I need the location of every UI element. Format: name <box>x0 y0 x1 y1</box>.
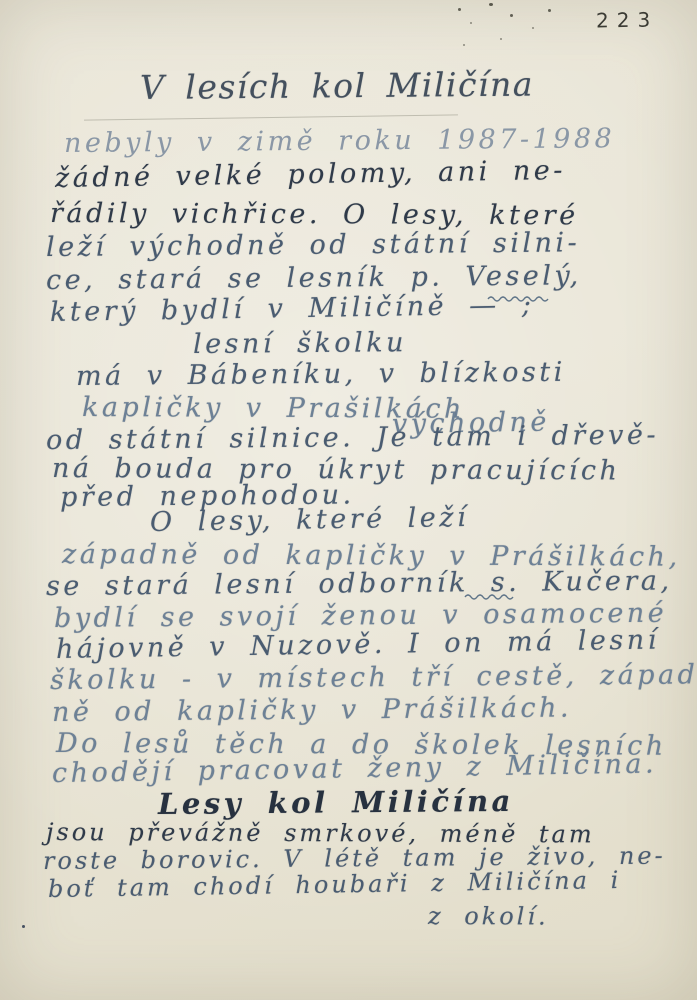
page-number: 223 <box>596 7 659 32</box>
section-heading-o-lesy: O lesy, které leží <box>150 502 470 538</box>
wavy-underline-vesely <box>487 294 551 303</box>
handwritten-line: žádné velké polomy, ani ne- <box>55 155 566 194</box>
handwritten-line: nebyly v zimě roku 1987-1988 <box>64 123 616 159</box>
ink-speck <box>548 9 551 12</box>
handwritten-line: má v Bábeníku, v blízkosti <box>76 357 566 392</box>
handwritten-line: který bydlí v Miličíně — ; <box>50 289 535 328</box>
handwritten-line-closing: z okolí. <box>428 902 549 931</box>
handwritten-line: se stará lesní odborník s. Kučera, <box>46 566 673 602</box>
ink-speck <box>489 3 493 6</box>
wavy-underline-kucera <box>464 592 518 601</box>
section-heading-lesy-kol-milicina: Lesy kol Miličína <box>158 784 514 821</box>
handwritten-line: od státní silnice. Je tam i dřevě- <box>46 420 659 456</box>
ink-speck <box>470 22 472 24</box>
handwritten-line: ně od kapličky v Prášilkách. <box>52 692 572 728</box>
ink-speck <box>463 44 465 46</box>
ink-speck <box>500 38 502 40</box>
chronicle-page: 223 V lesích kol Miličína nebyly v zimě … <box>0 0 697 1000</box>
handwritten-line: školku - v místech tří cestě, západ- <box>50 659 697 696</box>
ink-speck <box>458 8 461 11</box>
faint-pencil-underline <box>84 114 458 120</box>
ink-speck <box>532 27 534 29</box>
ink-speck <box>510 14 513 17</box>
section-heading-lesni-skolka: lesní školku <box>193 327 407 360</box>
document-title: V lesích kol Miličína <box>140 65 534 107</box>
handwritten-line: řádily vichřice. O lesy, které <box>50 198 579 231</box>
ink-speck <box>22 925 25 928</box>
handwritten-line: leží východně od státní silni- <box>46 227 580 263</box>
